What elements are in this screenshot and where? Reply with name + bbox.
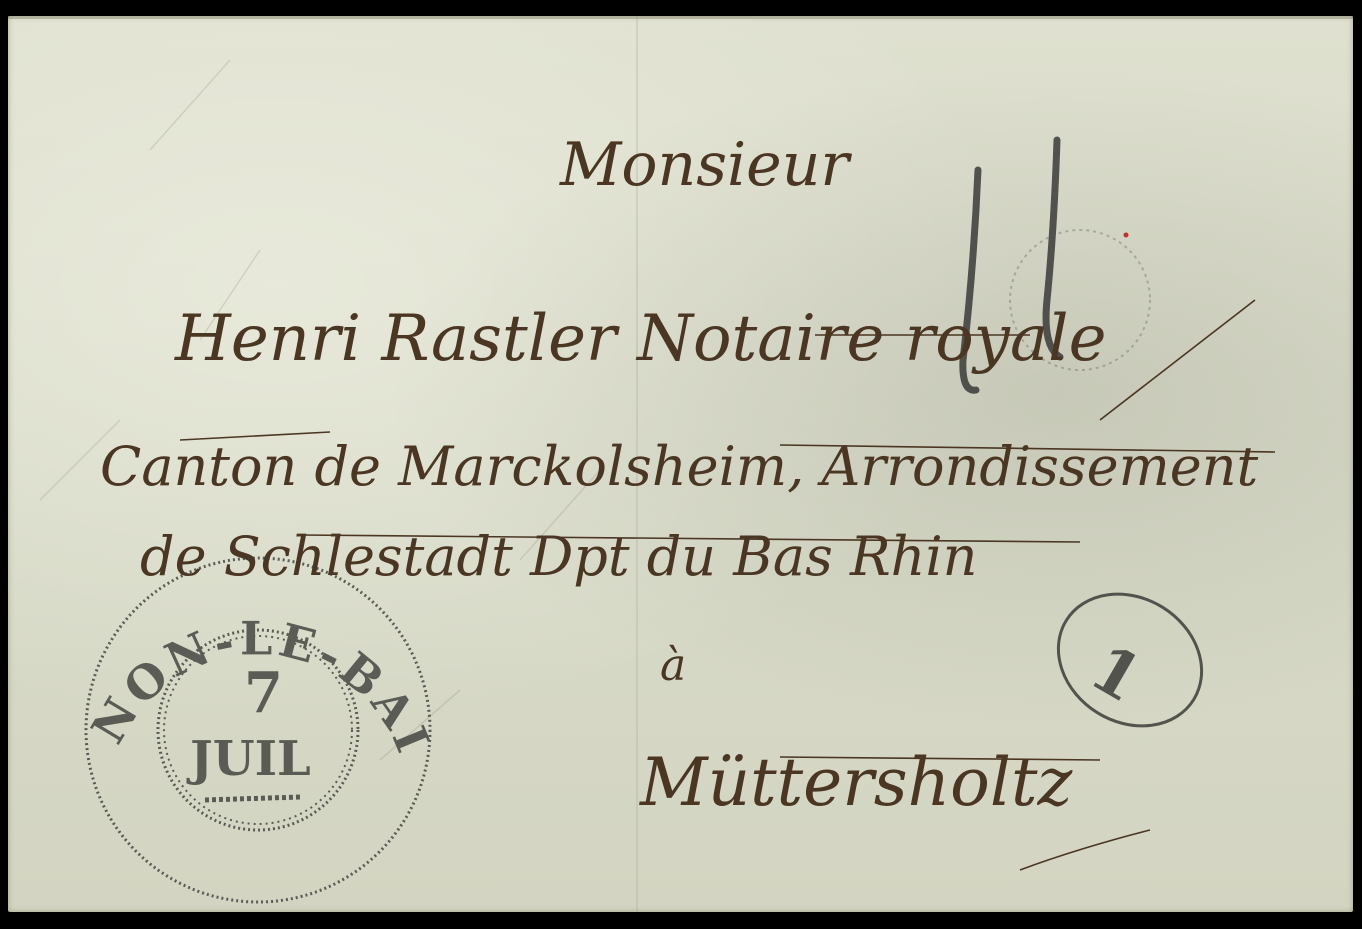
- address-line-3: de Schlestadt Dpt du Bas Rhin: [140, 525, 977, 588]
- address-line-2: Canton de Marckolsheim, Arrondissement: [100, 435, 1259, 498]
- bleed-through-strokes: [40, 60, 600, 760]
- destination-town: Müttersholtz: [639, 744, 1073, 821]
- address-line-1: Henri Rastler Notaire royale: [174, 302, 1106, 376]
- postmark-month: JUIL: [186, 731, 311, 787]
- red-ink-dot: [1124, 233, 1129, 238]
- salutation: Monsieur: [559, 130, 852, 200]
- oval-rate-mark: 1: [1034, 568, 1227, 753]
- letter-content: Monsieur Henri Rastler Notaire royale Ca…: [0, 0, 1362, 929]
- svg-text:NON-LE-BAIN: NON-LE-BAIN: [0, 0, 441, 763]
- postmark-day: 7: [244, 660, 283, 726]
- oval-mark-number: 1: [1078, 630, 1154, 717]
- postmark-town-name: NON-LE-BAIN: [0, 0, 441, 763]
- preposition: à: [660, 640, 686, 691]
